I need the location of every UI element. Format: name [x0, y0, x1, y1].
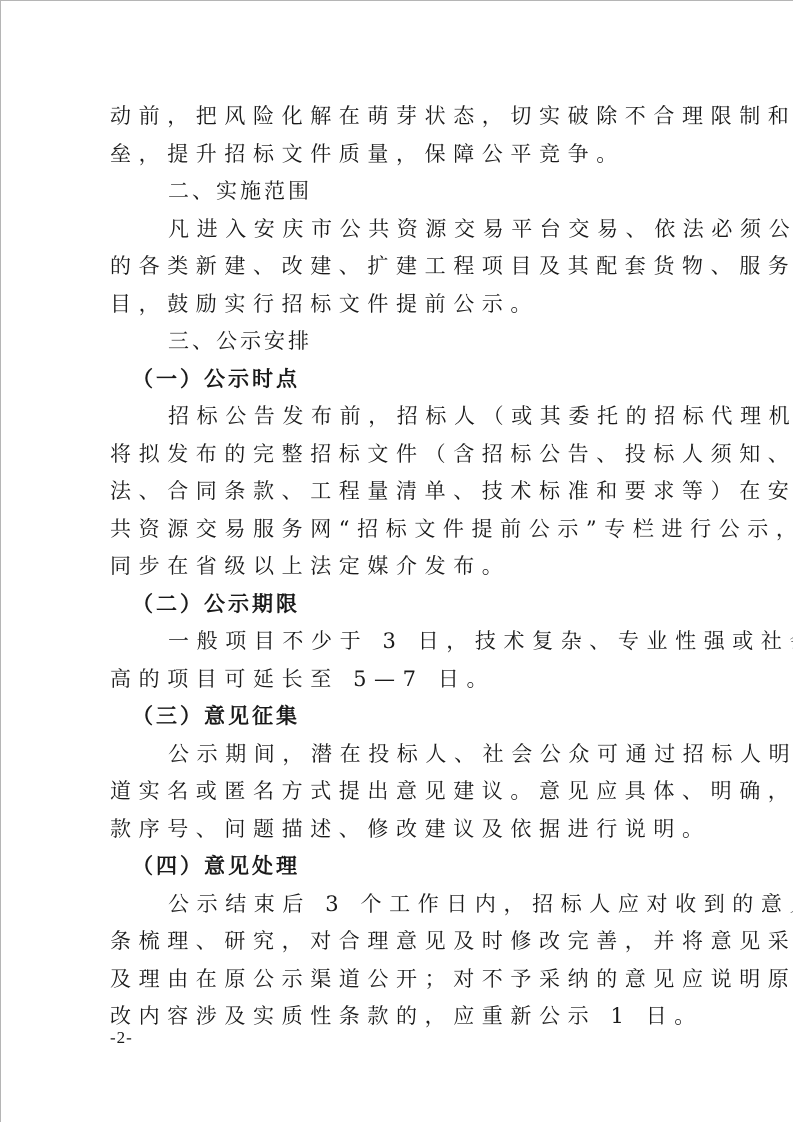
body-line: 动前，把风险化解在萌芽状态，切实破除不合理限制和隐性壁	[110, 98, 690, 136]
subheading-period: （二）公示期限	[110, 586, 690, 624]
body-line: 同步在省级以上法定媒介发布。	[110, 548, 690, 586]
body-line: 改内容涉及实质性条款的，应重新公示 1 日。	[110, 998, 690, 1036]
body-line: 公示结束后 3 个工作日内，招标人应对收到的意见建议逐	[110, 886, 690, 924]
body-line: 及理由在原公示渠道公开；对不予采纳的意见应说明原因。修	[110, 961, 690, 999]
subheading-timing: （一）公示时点	[110, 361, 690, 399]
page-number: -2-	[110, 1028, 133, 1048]
body-line: 垒，提升招标文件质量，保障公平竞争。	[110, 136, 690, 174]
section-heading-arrangement: 三、公示安排	[110, 323, 690, 361]
body-line: 条梳理、研究，对合理意见及时修改完善，并将意见采纳情况	[110, 923, 690, 961]
document-body: 动前，把风险化解在萌芽状态，切实破除不合理限制和隐性壁 垒，提升招标文件质量，保…	[110, 98, 690, 1036]
body-line: 目，鼓励实行招标文件提前公示。	[110, 286, 690, 324]
body-line: 高的项目可延长至 5—7 日。	[110, 661, 690, 699]
body-line: 将拟发布的完整招标文件（含招标公告、投标人须知、评标办	[110, 436, 690, 474]
body-line: 公示期间，潜在投标人、社会公众可通过招标人明确的渠	[110, 736, 690, 774]
subheading-feedback-collection: （三）意见征集	[110, 698, 690, 736]
body-line: 一般项目不少于 3 日，技术复杂、专业性强或社会关注度	[110, 623, 690, 661]
subheading-feedback-handling: （四）意见处理	[110, 848, 690, 886]
body-line: 招标公告发布前，招标人（或其委托的招标代理机构）应	[110, 398, 690, 436]
body-line: 的各类新建、改建、扩建工程项目及其配套货物、服务采购项	[110, 248, 690, 286]
section-heading-scope: 二、实施范围	[110, 173, 690, 211]
body-line: 款序号、问题描述、修改建议及依据进行说明。	[110, 811, 690, 849]
body-line: 共资源交易服务网“招标文件提前公示”专栏进行公示，并可	[110, 511, 690, 549]
body-line: 法、合同条款、工程量清单、技术标准和要求等）在安庆市公	[110, 473, 690, 511]
body-line: 凡进入安庆市公共资源交易平台交易、依法必须公开招标	[110, 211, 690, 249]
body-line: 道实名或匿名方式提出意见建议。意见应具体、明确，并对条	[110, 773, 690, 811]
